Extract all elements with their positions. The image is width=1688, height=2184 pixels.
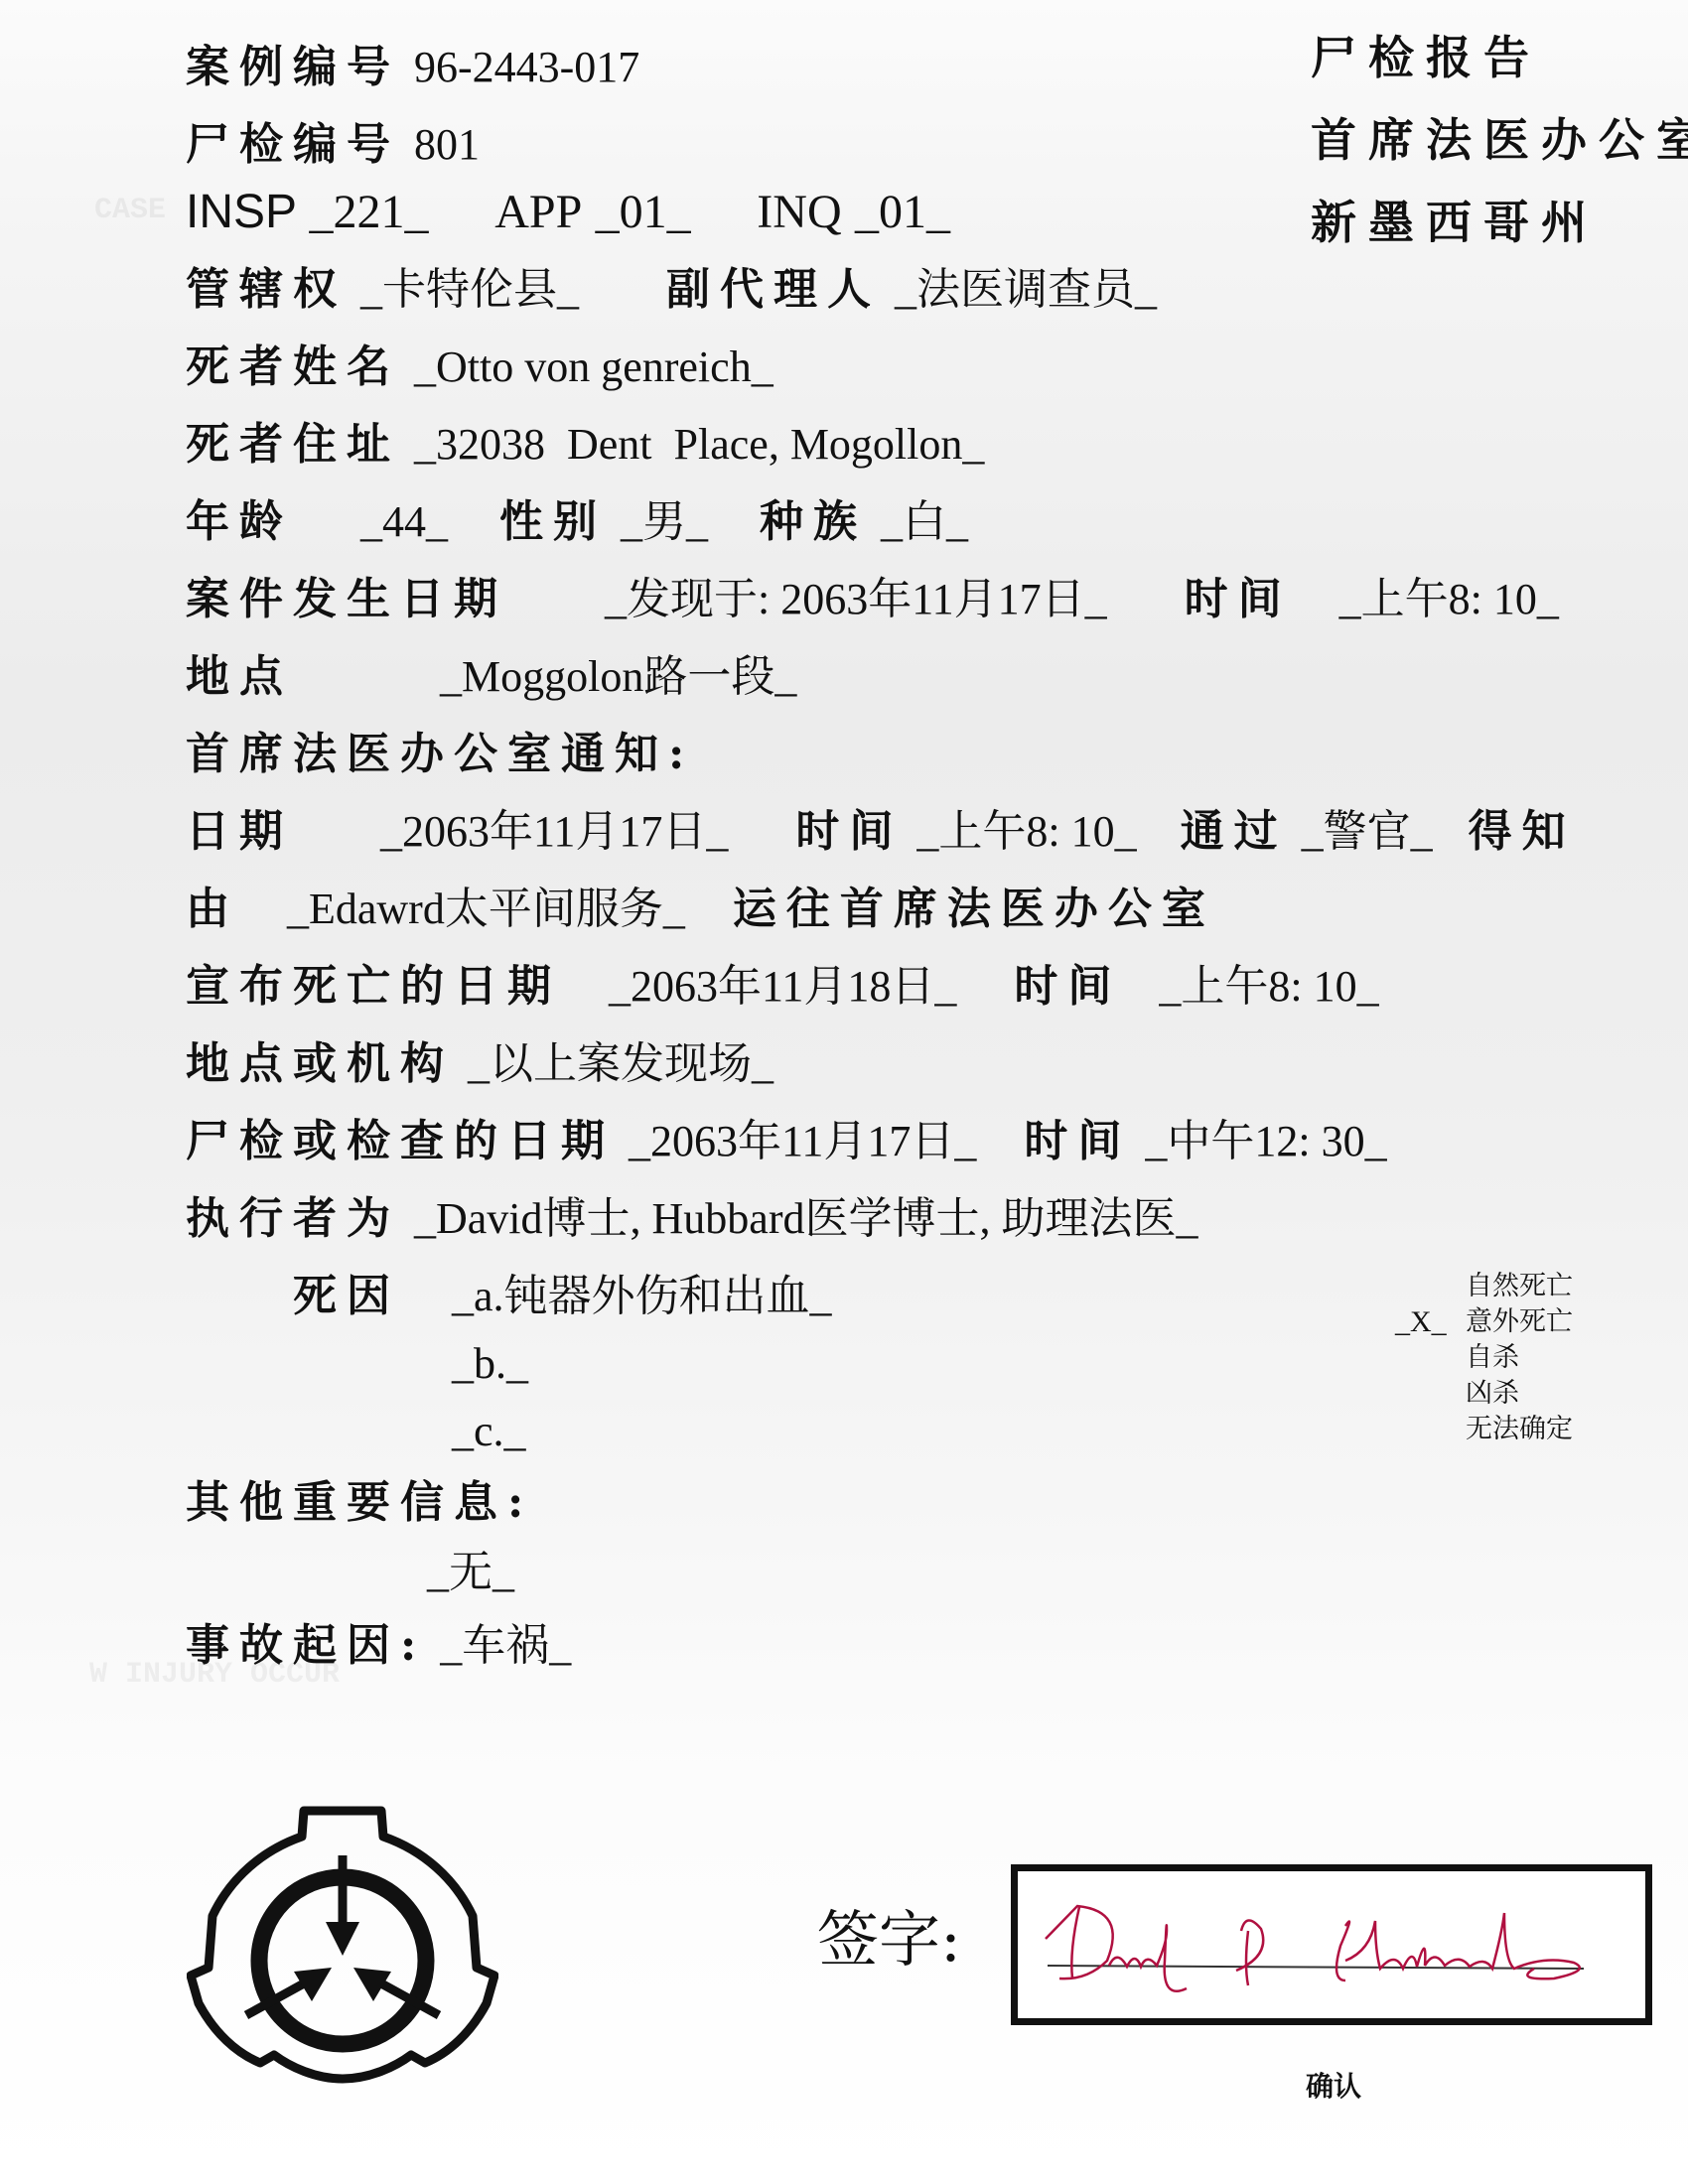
other-info-value: _无_ (427, 1548, 514, 1596)
jurisdiction-value: _卡特伦县_ (360, 265, 579, 314)
transport-row: 由 _Edawrd太平间服务_ 运往首席法医办公室 (186, 882, 1215, 937)
manner-of-death-list: 自然死亡 意外死亡 自杀 凶杀 无法确定 (1466, 1269, 1573, 1447)
codes-row: INSP _221_ APP _01_ INQ _01_ (186, 185, 950, 240)
location-label: 地点 (186, 651, 293, 702)
accident-cause-row: 事故起因: _车祸_ (186, 1618, 571, 1674)
incident-row: 案件发生日期 _发现于: 2063年11月17日_ 时间 _上午8: 10_ (186, 572, 1559, 627)
deputy-value: _法医调查员_ (895, 265, 1157, 314)
age-label: 年龄 (186, 496, 293, 547)
deputy-label: 副代理人 (666, 264, 881, 315)
performed-by-row: 执行者为 _David博士, Hubbard医学博士, 助理法医_ (186, 1191, 1198, 1247)
pronounced-date-value: _2063年11月18日_ (609, 962, 956, 1011)
notification-time-value: _上午8: 10_ (916, 807, 1136, 856)
notification-date-value: _2063年11月17日_ (380, 807, 728, 856)
report-title: 尸检报告 (1311, 30, 1541, 85)
manner-option-natural: 自然死亡 (1466, 1269, 1573, 1304)
manner-option-undetermined: 无法确定 (1466, 1412, 1573, 1447)
notification-informed-label: 得知 (1469, 806, 1576, 857)
sex-label: 性别 (499, 496, 607, 547)
manner-option-suicide: 自杀 (1466, 1340, 1573, 1376)
location-value: _Moggolon路一段_ (440, 652, 796, 701)
cause-b: _b._ (452, 1336, 528, 1392)
transport-destination-label: 运往首席法医办公室 (733, 884, 1215, 934)
demographics-row: 年龄 _44_ 性别 _男_ 种族 _白_ (186, 494, 968, 550)
decedent-address-value: _32038 Dent Place, Mogollon_ (414, 420, 984, 469)
accident-cause-label: 事故起因: (186, 1620, 426, 1671)
incident-date-label: 案件发生日期 (186, 574, 507, 624)
pronounced-time-value: _上午8: 10_ (1159, 962, 1378, 1011)
manner-option-accident: 意外死亡 (1466, 1304, 1573, 1340)
notification-heading-row: 首席法医办公室通知: (186, 727, 694, 782)
notification-heading: 首席法医办公室通知: (186, 729, 694, 779)
cause-of-death-label-row: 死因 (293, 1269, 400, 1324)
scp-foundation-logo-icon (187, 1799, 498, 2087)
cause-a: _a.钝器外伤和出血_ (452, 1269, 832, 1324)
decedent-name-row: 死者姓名 _Otto von genreich_ (186, 340, 774, 395)
place-institution-label: 地点或机构 (186, 1038, 454, 1089)
decedent-name-label: 死者姓名 (186, 341, 400, 392)
autopsy-number-value: 801 (414, 120, 480, 169)
case-number-value: 96-2443-017 (414, 43, 639, 91)
cause-b-value: _b._ (452, 1339, 528, 1388)
race-value: _白_ (881, 497, 968, 546)
jurisdiction-row: 管辖权 _卡特伦县_ 副代理人 _法医调查员_ (186, 262, 1157, 318)
office-name: 首席法医办公室 (1311, 112, 1688, 168)
inq-label: INQ (757, 186, 841, 238)
incident-date-value: _发现于: 2063年11月17日_ (605, 575, 1107, 623)
incident-time-value: _上午8: 10_ (1339, 575, 1559, 623)
exam-time-label: 时间 (1024, 1116, 1131, 1166)
decedent-address-label: 死者住址 (186, 419, 400, 470)
performed-by-label: 执行者为 (186, 1193, 400, 1244)
exam-label: 尸检或检查的日期 (186, 1116, 615, 1166)
confirm-label: 确认 (1306, 2065, 1361, 2105)
place-institution-row: 地点或机构 _以上案发现场_ (186, 1036, 774, 1092)
transport-by-value: _Edawrd太平间服务_ (287, 885, 685, 933)
manner-option-homicide: 凶杀 (1466, 1376, 1573, 1412)
notification-time-label: 时间 (795, 806, 903, 857)
exam-row: 尸检或检查的日期 _2063年11月17日_ 时间 _中午12: 30_ (186, 1114, 1387, 1169)
pronounced-time-label: 时间 (1014, 961, 1121, 1012)
location-row: 地点 _Moggolon路一段_ (186, 649, 796, 705)
insp-label: INSP (186, 186, 296, 238)
performed-by-value: _David博士, Hubbard医学博士, 助理法医_ (414, 1194, 1198, 1243)
app-label: APP (494, 186, 582, 238)
signature-box[interactable] (1011, 1864, 1652, 2025)
exam-date-value: _2063年11月17日_ (629, 1117, 976, 1165)
case-number-row: 案例编号 96-2443-017 (186, 40, 639, 95)
sex-value: _男_ (621, 497, 708, 546)
decedent-name-value: _Otto von genreich_ (414, 342, 774, 391)
cause-c: _c._ (452, 1404, 526, 1459)
transport-by-label: 由 (186, 884, 239, 934)
exam-time-value: _中午12: 30_ (1145, 1117, 1386, 1165)
decedent-address-row: 死者住址 _32038 Dent Place, Mogollon_ (186, 417, 984, 473)
pronounced-row: 宣布死亡的日期 _2063年11月18日_ 时间 _上午8: 10_ (186, 959, 1379, 1015)
other-info-label: 其他重要信息: (186, 1477, 533, 1528)
other-info-row: 其他重要信息: (186, 1475, 533, 1531)
jurisdiction-label: 管辖权 (186, 264, 347, 315)
signature-label: 签字: (817, 1904, 961, 1976)
autopsy-number-label: 尸检编号 (186, 119, 400, 170)
autopsy-number-row: 尸检编号 801 (186, 117, 480, 173)
age-value: _44_ (360, 497, 448, 546)
app-value: _01_ (596, 186, 691, 238)
accident-cause-value: _车祸_ (440, 1621, 571, 1670)
notification-date-row: 日期 _2063年11月17日_ 时间 _上午8: 10_ 通过 _警官_ 得知 (186, 804, 1576, 860)
cause-a-value: _a.钝器外伤和出血_ (452, 1272, 832, 1320)
insp-value: _221_ (310, 186, 429, 238)
manner-selected-mark: _X_ (1395, 1304, 1447, 1340)
ghost-text-case: CASE (94, 194, 166, 227)
race-label: 种族 (760, 496, 867, 547)
incident-time-label: 时间 (1185, 574, 1292, 624)
handwritten-signature-icon (1018, 1871, 1645, 2018)
notification-via-value: _警官_ (1302, 807, 1433, 856)
cause-of-death-label: 死因 (293, 1271, 400, 1321)
other-info-value-row: _无_ (427, 1545, 514, 1600)
notification-via-label: 通过 (1181, 806, 1288, 857)
case-number-label: 案例编号 (186, 42, 400, 92)
state-name: 新墨西哥州 (1311, 195, 1599, 250)
inq-value: _01_ (855, 186, 950, 238)
pronounced-label: 宣布死亡的日期 (186, 961, 561, 1012)
notification-date-label: 日期 (186, 806, 293, 857)
cause-c-value: _c._ (452, 1407, 526, 1455)
place-institution-value: _以上案发现场_ (468, 1039, 774, 1088)
